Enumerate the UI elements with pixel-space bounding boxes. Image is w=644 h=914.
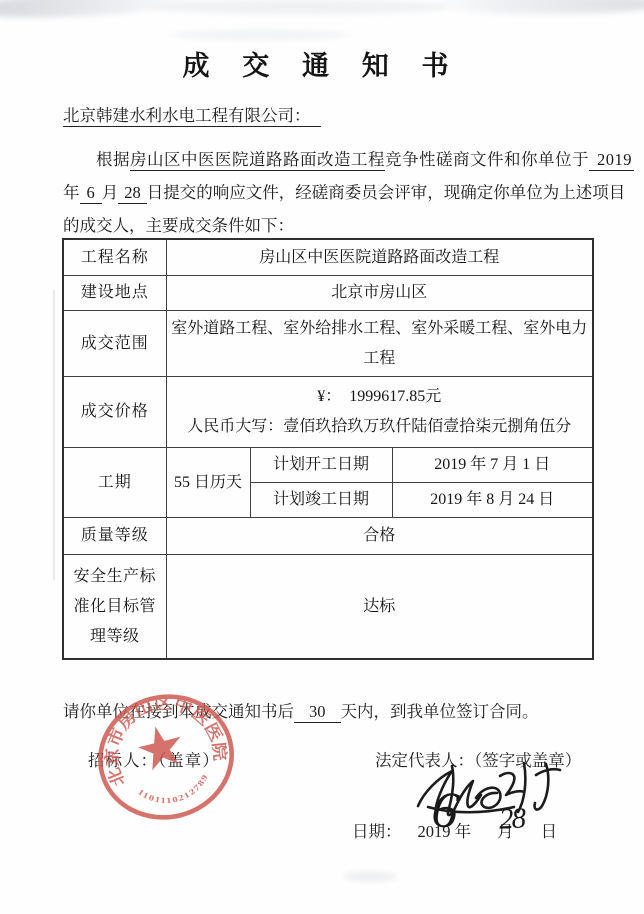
signature-stroke: [500, 773, 524, 795]
signature-stroke: [448, 766, 481, 815]
signature-stroke: [418, 771, 452, 807]
signature-stroke: [518, 763, 525, 812]
legal-representative-signature: [0, 0, 644, 914]
